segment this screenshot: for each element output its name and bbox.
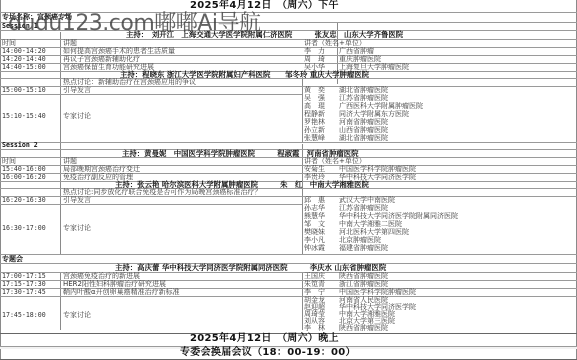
evening-meeting: 专委会换届会议（18：00-19：00） — [180, 348, 356, 357]
watermark-overlay: dudu123.com嘟嘟Ai导航 — [8, 6, 260, 37]
table-left-border — [0, 0, 1, 360]
panel-time: 16:30-17:00 — [2, 224, 46, 233]
panel-speaker: 李 林 陕西省肿瘤医院 — [304, 324, 388, 333]
panel-time: 17:45-18:00 — [2, 311, 46, 320]
col-divider-speaker — [302, 144, 303, 254]
panel-topic: 专家讨论 — [63, 224, 91, 233]
symposium-chair: 主持：高庆蕾 华中科技大学同济医学院附属同济医院 李庆水 山东省肿瘤医院 — [115, 263, 386, 272]
evening-date-heading: 2025年4月12日 （周六）晚上 — [190, 334, 339, 343]
col-divider-time — [60, 32, 61, 144]
panel-speaker: 钟冰霞 福建省肿瘤医院 — [304, 244, 388, 253]
panel-time: 15:10-15:40 — [2, 112, 46, 121]
col-divider-time — [60, 144, 61, 254]
panel-topic: 专家讨论 — [63, 311, 91, 320]
panel-topic: 专家讨论 — [63, 112, 91, 121]
